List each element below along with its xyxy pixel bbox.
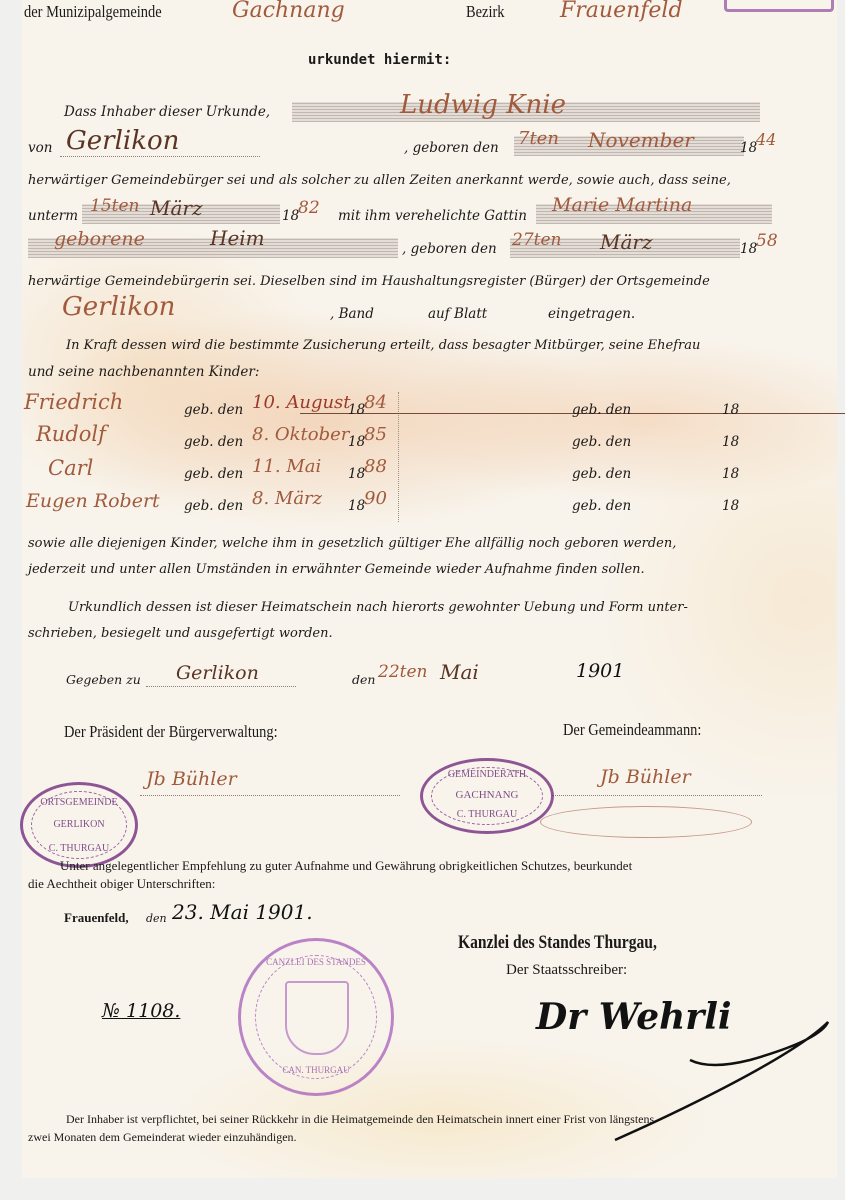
marriage-year-prefix: 18 bbox=[282, 208, 299, 224]
holder-name: Ludwig Knie bbox=[400, 90, 566, 120]
born-label: , geboren den bbox=[404, 140, 499, 156]
spouse-born-label: , geboren den bbox=[402, 241, 497, 257]
certification-line-2: die Aechtheit obiger Unterschriften: bbox=[28, 876, 215, 892]
marriage-month: März bbox=[150, 196, 203, 220]
child-8-year-prefix: 18 bbox=[722, 498, 739, 514]
child-2-name: Rudolf bbox=[36, 422, 106, 446]
holder-intro: Dass Inhaber dieser Urkunde, bbox=[64, 104, 270, 120]
district-label: Bezirk bbox=[466, 2, 505, 22]
child-5-year-prefix: 18 bbox=[722, 402, 739, 418]
given-place: Gerlikon bbox=[176, 662, 259, 684]
ammann-sig-line bbox=[552, 795, 762, 796]
shield-icon bbox=[285, 981, 349, 1055]
holder-origin: Gerlikon bbox=[66, 126, 179, 156]
footer-line-2: zwei Monaten dem Gemeinderat wieder einz… bbox=[28, 1130, 297, 1145]
spouse-maiden: Heim bbox=[210, 226, 265, 250]
certification-den: den bbox=[146, 912, 167, 925]
assurance-line-1: In Kraft dessen wird die bestimmte Zusic… bbox=[66, 338, 700, 353]
given-place-underline bbox=[146, 686, 296, 687]
child-1-year: 84 bbox=[364, 392, 387, 413]
signature-flourish bbox=[540, 806, 752, 838]
child-5-label: geb. den bbox=[572, 402, 631, 418]
kanzlei-seal: CANZLEI DES STANDES CAN. THURGAU bbox=[238, 938, 394, 1096]
child-4-date: 8. März bbox=[252, 488, 322, 509]
spouse-year-prefix: 18 bbox=[740, 241, 757, 257]
blatt-label: auf Blatt bbox=[428, 306, 487, 322]
child-3-label: geb. den bbox=[184, 466, 243, 482]
given-year: 1901 bbox=[576, 660, 624, 682]
child-1-year-prefix: 18 bbox=[348, 402, 365, 418]
district-value: Frauenfeld bbox=[560, 0, 683, 23]
child-6-label: geb. den bbox=[572, 434, 631, 450]
heading: urkundet hiermit: bbox=[308, 52, 451, 68]
footer-line-1: Der Inhaber ist verpflichtet, bei seiner… bbox=[66, 1112, 654, 1127]
given-day: 22ten bbox=[378, 662, 427, 682]
certification-date: 23. Mai 1901. bbox=[172, 900, 313, 924]
child-1-name: Friedrich bbox=[24, 390, 123, 414]
marriage-year-suffix: 82 bbox=[298, 198, 320, 218]
document-number: № 1108. bbox=[102, 1000, 180, 1022]
president-label: Der Präsident der Bürgerverwaltung: bbox=[64, 722, 278, 742]
spouse-first: Marie Martina bbox=[552, 194, 692, 216]
birth-day: 7ten bbox=[518, 128, 559, 149]
birth-year-suffix: 44 bbox=[756, 130, 776, 149]
assurance-line-2: und seine nachbenannten Kinder: bbox=[28, 364, 259, 380]
child-2-label: geb. den bbox=[184, 434, 243, 450]
attest-line-1: Urkundlich dessen ist dieser Heimatschei… bbox=[68, 600, 688, 615]
child-3-year-prefix: 18 bbox=[348, 466, 365, 482]
president-signature: Jb Bühler bbox=[146, 768, 237, 790]
child-4-label: geb. den bbox=[184, 498, 243, 514]
spouse-born-prefix: geborene bbox=[54, 228, 145, 250]
child-1-label: geb. den bbox=[184, 402, 243, 418]
spouse-birth-month: März bbox=[600, 230, 653, 254]
child-7-label: geb. den bbox=[572, 466, 631, 482]
president-sig-line bbox=[140, 795, 400, 796]
child-7-year-prefix: 18 bbox=[722, 466, 739, 482]
child-4-name: Eugen Robert bbox=[26, 490, 160, 512]
eingetragen-label: eingetragen. bbox=[548, 306, 635, 322]
certification-line-1: Unter angelegentlicher Empfehlung zu gut… bbox=[60, 858, 632, 874]
child-4-year: 90 bbox=[364, 488, 387, 509]
attest-line-2: schrieben, besiegelt und ausgefertigt wo… bbox=[28, 626, 333, 641]
register-place: Gerlikon bbox=[62, 292, 175, 322]
marriage-day: 15ten bbox=[90, 196, 139, 216]
gemeinderath-stamp: GEMEINDERATH GACHNANG C. THURGAU bbox=[420, 758, 554, 834]
top-stamp-fragment bbox=[724, 0, 834, 12]
children-divider bbox=[398, 392, 399, 522]
kanzlei-title: Kanzlei des Standes Thurgau, bbox=[458, 932, 657, 954]
unterm-label: unterm bbox=[28, 208, 78, 224]
given-month: Mai bbox=[440, 660, 479, 684]
given-label: Gegeben zu bbox=[66, 672, 141, 687]
given-den-label: den bbox=[352, 672, 375, 687]
child-2-year-prefix: 18 bbox=[348, 434, 365, 450]
origin-underline bbox=[60, 156, 260, 157]
certification-place: Frauenfeld, bbox=[64, 910, 129, 926]
municipality-label: der Munizipalgemeinde bbox=[24, 2, 162, 22]
birth-year-prefix: 18 bbox=[740, 140, 757, 156]
future-children-line-2: jederzeit und unter allen Umständen in e… bbox=[28, 562, 645, 577]
spouse-label: mit ihm verehelichte Gattin bbox=[338, 208, 527, 224]
future-children-line-1: sowie alle diejenigen Kinder, welche ihm… bbox=[28, 536, 676, 551]
child-2-date: 8. Oktober bbox=[252, 424, 349, 445]
child-3-name: Carl bbox=[48, 456, 93, 480]
citizen-line: herwärtiger Gemeindebürger sei und als s… bbox=[28, 173, 731, 188]
band-label: , Band bbox=[330, 306, 374, 322]
register-line: herwärtige Gemeindebürgerin sei. Dieselb… bbox=[28, 274, 710, 289]
von-label: von bbox=[28, 140, 52, 156]
child-3-year: 88 bbox=[364, 456, 387, 477]
child-6-year-prefix: 18 bbox=[722, 434, 739, 450]
ammann-signature: Jb Bühler bbox=[600, 766, 691, 788]
child-1-date: 10. August bbox=[252, 392, 351, 413]
municipal-stamp-left: ORTSGEMEINDE GERLIKON C. THURGAU bbox=[20, 782, 138, 868]
spouse-year-suffix: 58 bbox=[756, 231, 778, 251]
spouse-birth-day: 27ten bbox=[512, 230, 561, 250]
child-4-year-prefix: 18 bbox=[348, 498, 365, 514]
ammann-label: Der Gemeindeammann: bbox=[563, 720, 701, 740]
child-3-date: 11. Mai bbox=[252, 456, 321, 477]
staatsschreiber-label: Der Staatsschreiber: bbox=[506, 962, 627, 979]
birth-month: November bbox=[588, 128, 694, 152]
child-8-label: geb. den bbox=[572, 498, 631, 514]
municipality-value: Gachnang bbox=[232, 0, 345, 23]
child-2-year: 85 bbox=[364, 424, 387, 445]
